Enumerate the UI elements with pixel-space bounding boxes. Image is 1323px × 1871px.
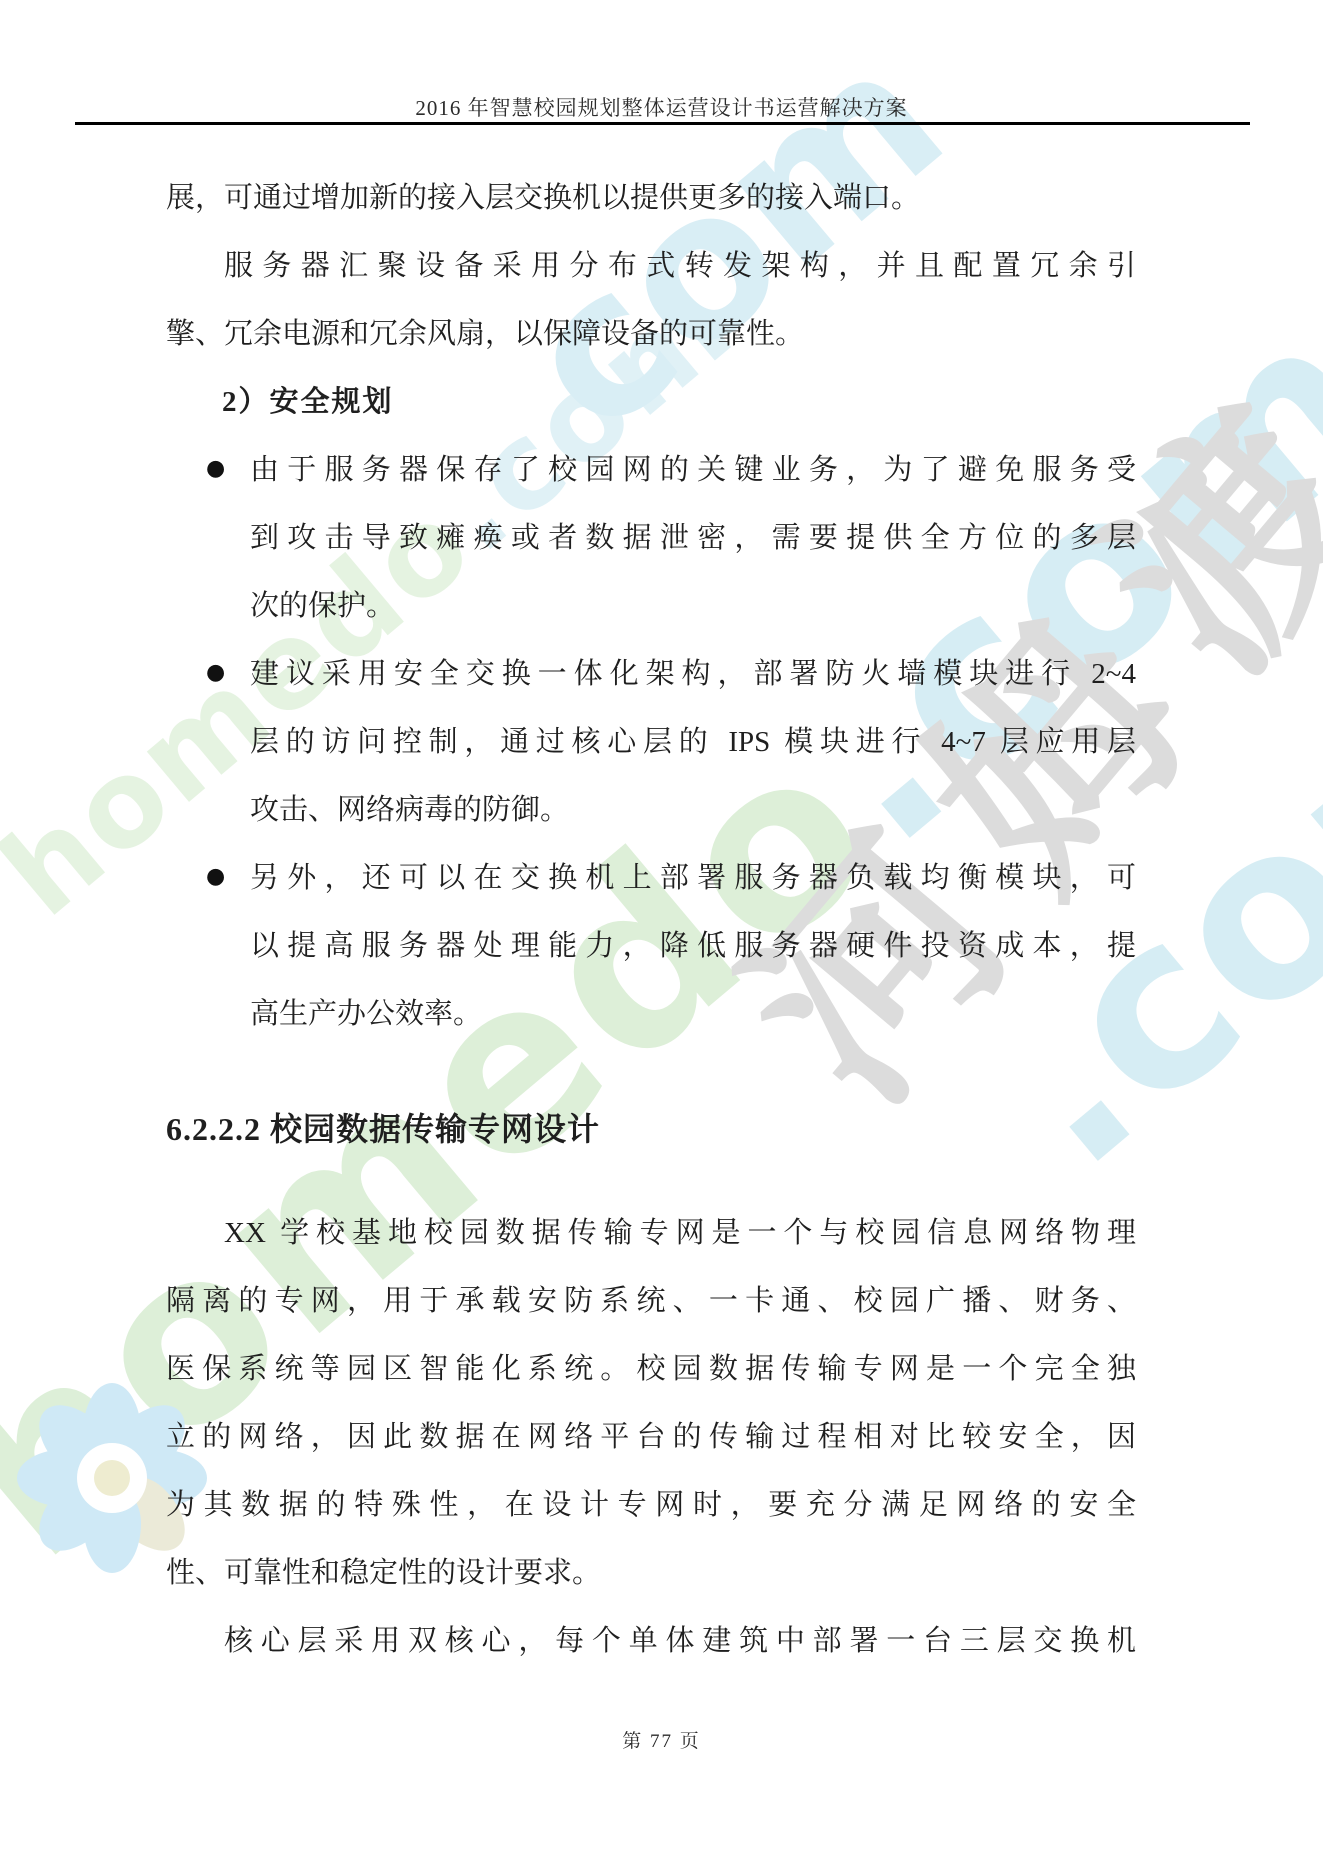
bullet-text: 层的访问控制，通过核心层的 IPS 模块进行 4~7 层应用层 <box>250 726 1136 758</box>
document-page: homedo.com homedo.com com .com 河姆渡 2016 … <box>0 0 1323 1871</box>
flower-center-ring <box>77 1443 147 1513</box>
bullet-line: 到攻击导致瘫痪或者数据泄密，需要提供全方位的多层 <box>250 504 1136 572</box>
bullet-text: 高生产办公效率。 <box>250 998 482 1030</box>
bullet-line: ●另外，还可以在交换机上部署服务器负载均衡模块，可 <box>250 844 1136 912</box>
body-section-top: 展，可通过增加新的接入层交换机以提供更多的接入端口。 服务器汇聚设备采用分布式转… <box>166 164 1136 1048</box>
paragraph-line: 立的网络，因此数据在网络平台的传输过程相对比较安全，因 <box>166 1403 1136 1471</box>
bullet-line: 攻击、网络病毒的防御。 <box>250 776 1136 844</box>
bullet-line: 层的访问控制，通过核心层的 IPS 模块进行 4~7 层应用层 <box>250 708 1136 776</box>
paragraph-line: 擎、冗余电源和冗余风扇，以保障设备的可靠性。 <box>166 300 1136 368</box>
paragraph-line: 性、可靠性和稳定性的设计要求。 <box>166 1539 1136 1607</box>
bullet-dot-icon: ● <box>206 844 225 912</box>
body-section-bottom: XX 学校基地校园数据传输专网是一个与校园信息网络物理 隔离的专网，用于承载安防… <box>166 1199 1136 1675</box>
bullet-line: ●建议采用安全交换一体化架构，部署防火墙模块进行 2~4 <box>250 640 1136 708</box>
bullet-text: 以提高服务器处理能力，降低服务器硬件投资成本，提 <box>250 930 1136 962</box>
paragraph-line: 医保系统等园区智能化系统。校园数据传输专网是一个完全独 <box>166 1335 1136 1403</box>
bullet-dot-icon: ● <box>206 640 225 708</box>
section-heading-campus-data-network: 6.2.2.2 校园数据传输专网设计 <box>166 1104 1136 1150</box>
bullet-line: ●由于服务器保存了校园网的关键业务，为了避免服务受 <box>250 436 1136 504</box>
paragraph-line: 隔离的专网，用于承载安防系统、一卡通、校园广播、财务、 <box>166 1267 1136 1335</box>
bullet-text: 次的保护。 <box>250 590 395 622</box>
flower-petal <box>83 1383 141 1469</box>
subheading-security-plan: 2）安全规划 <box>222 368 1136 436</box>
flower-petal <box>17 1449 103 1507</box>
bullet-text: 由于服务器保存了校园网的关键业务，为了避免服务受 <box>250 454 1136 486</box>
bullet-dot-icon: ● <box>206 436 225 504</box>
page-header-title: 2016 年智慧校园规划整体运营设计书运营解决方案 <box>0 92 1323 122</box>
bullet-line: 次的保护。 <box>250 572 1136 640</box>
bullet-line: 高生产办公效率。 <box>250 980 1136 1048</box>
flower-petal <box>83 1487 141 1573</box>
paragraph-line: 展，可通过增加新的接入层交换机以提供更多的接入端口。 <box>166 164 1136 232</box>
flower-petal <box>24 1464 126 1566</box>
page-number: 第 77 页 <box>0 1726 1323 1753</box>
bullet-text: 到攻击导致瘫痪或者数据泄密，需要提供全方位的多层 <box>250 522 1136 554</box>
flower-petal <box>24 1390 126 1492</box>
paragraph-line: XX 学校基地校园数据传输专网是一个与校园信息网络物理 <box>166 1199 1136 1267</box>
paragraph-line: 核心层采用双核心，每个单体建筑中部署一台三层交换机 <box>166 1607 1136 1675</box>
header-rule <box>75 122 1250 125</box>
bullet-line: 以提高服务器处理能力，降低服务器硬件投资成本，提 <box>250 912 1136 980</box>
bullet-text: 攻击、网络病毒的防御。 <box>250 794 569 826</box>
paragraph-line: 为其数据的特殊性，在设计专网时，要充分满足网络的安全 <box>166 1471 1136 1539</box>
paragraph-line: 服务器汇聚设备采用分布式转发架构，并且配置冗余引 <box>166 232 1136 300</box>
bullet-text: 另外，还可以在交换机上部署服务器负载均衡模块，可 <box>250 862 1136 894</box>
bullet-text: 建议采用安全交换一体化架构，部署防火墙模块进行 2~4 <box>250 658 1136 690</box>
flower-center <box>94 1460 130 1496</box>
